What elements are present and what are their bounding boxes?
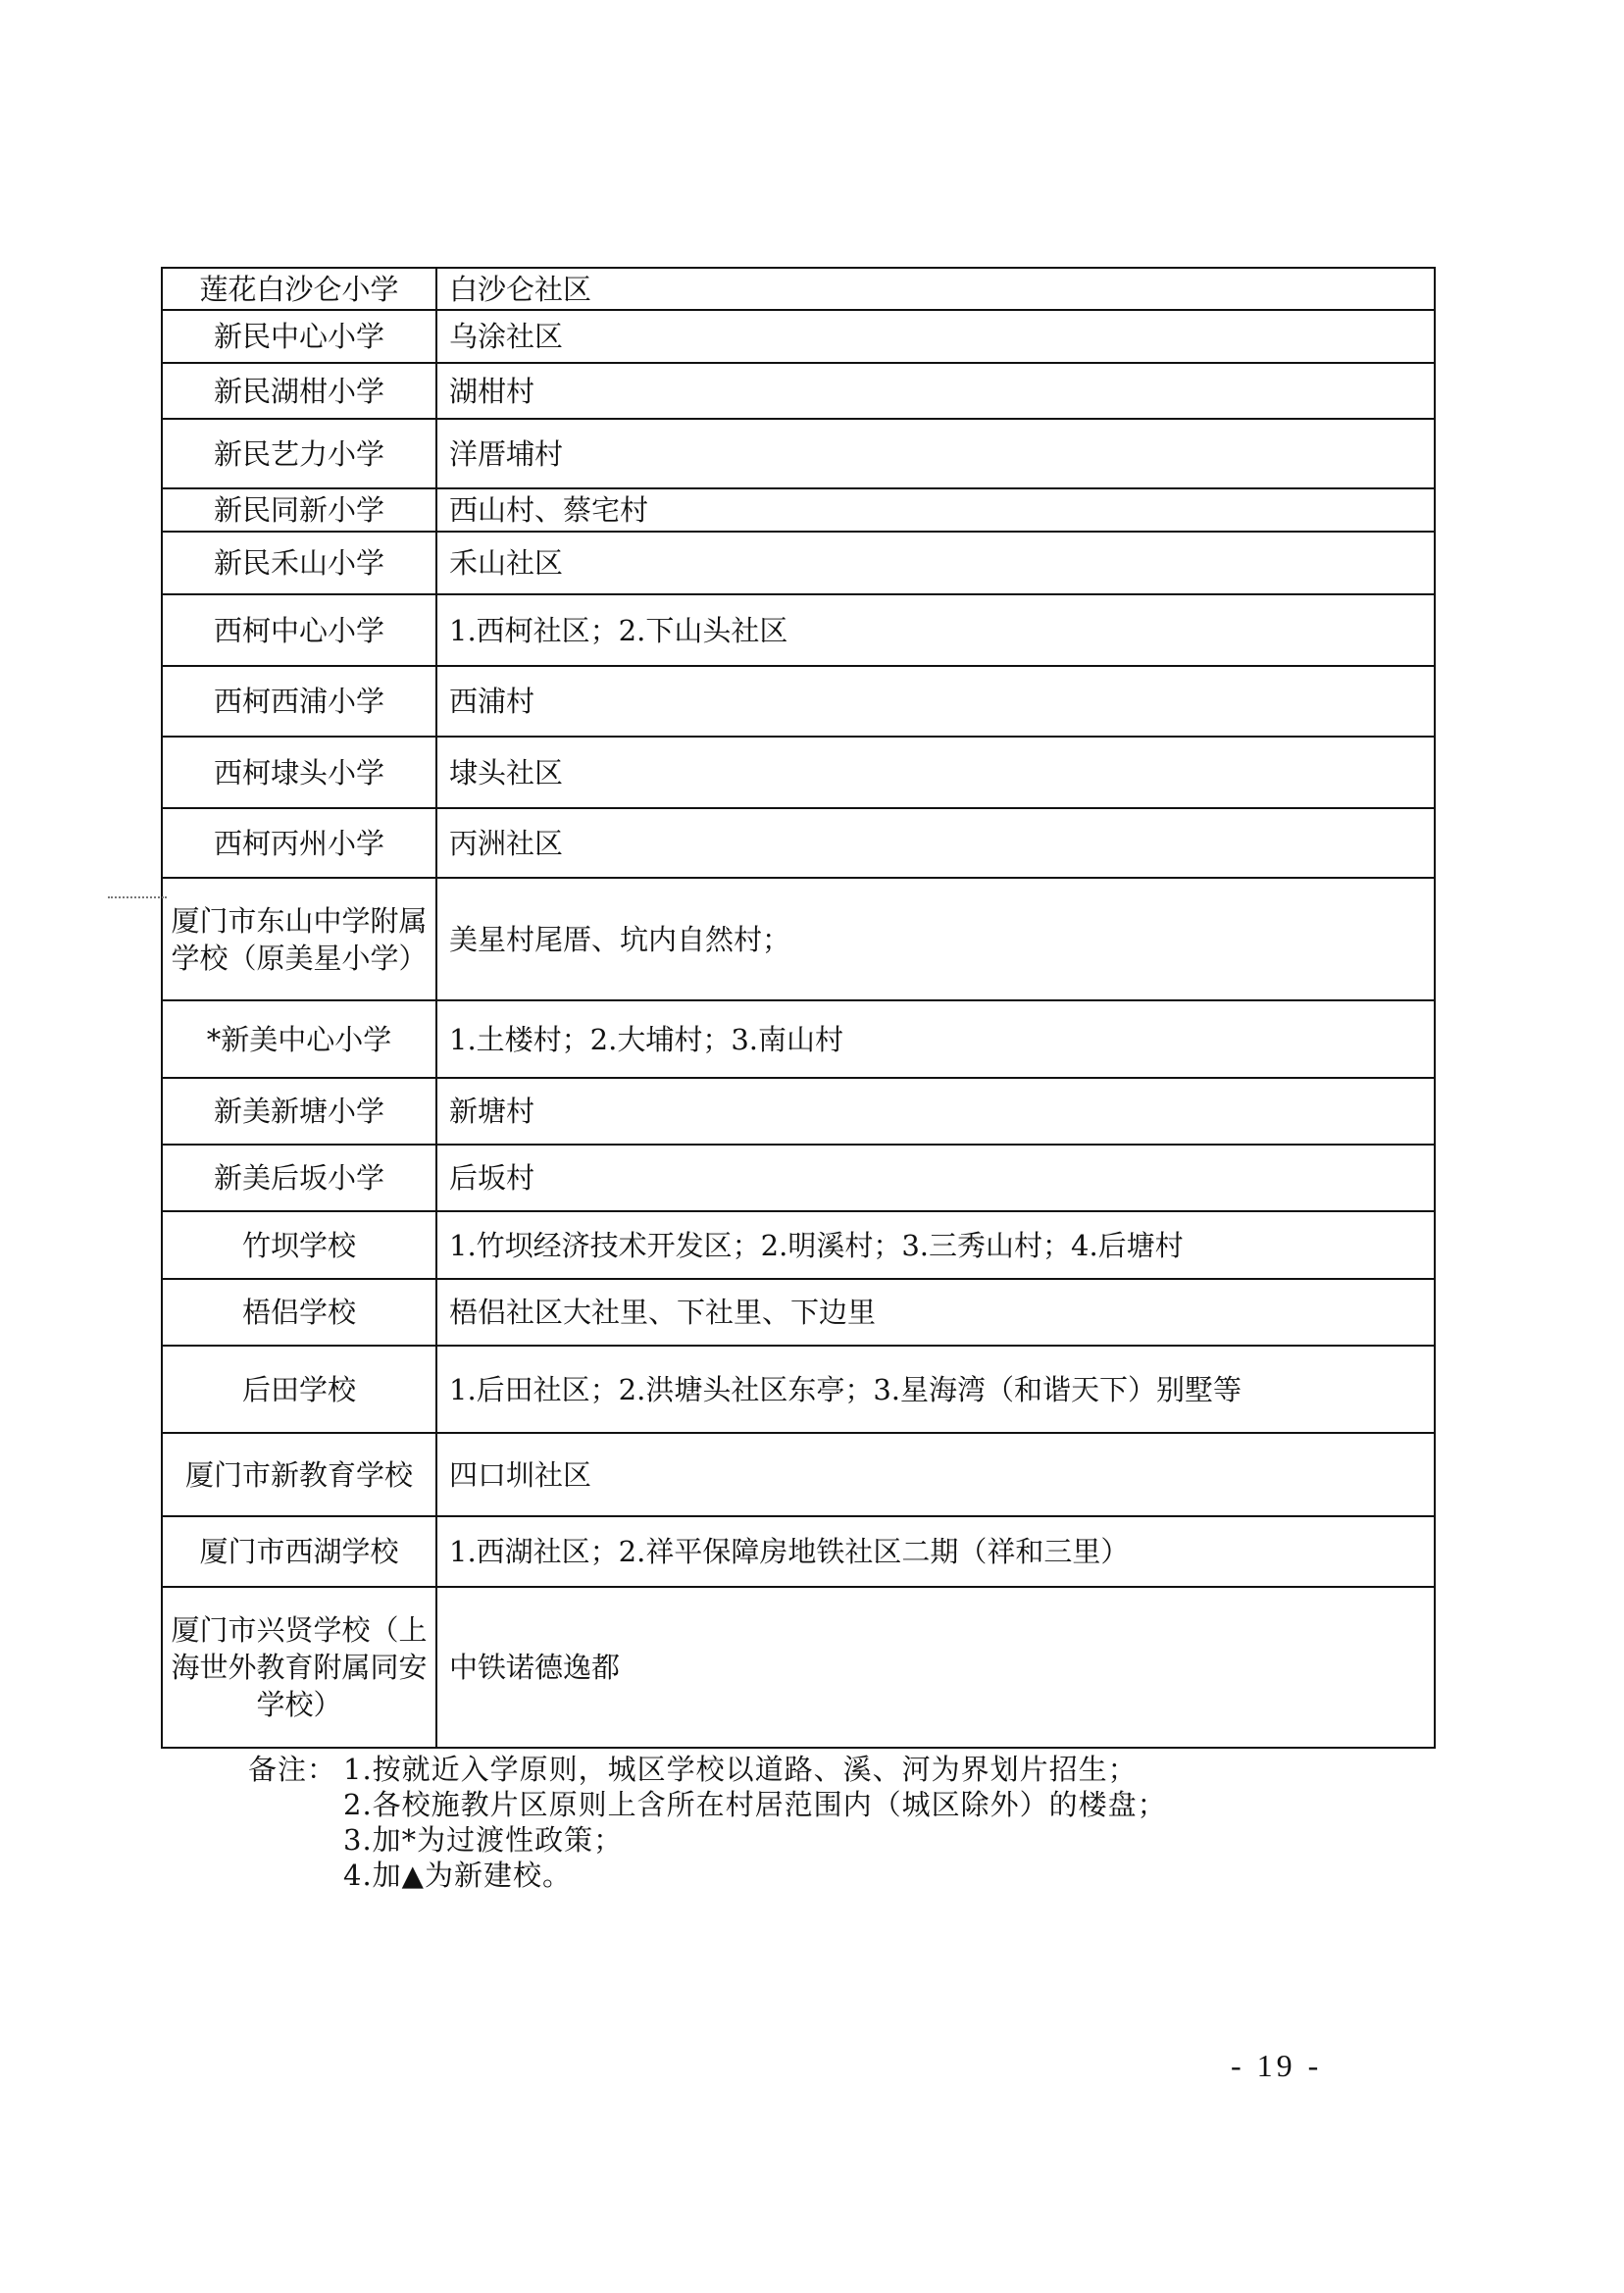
table-row: 新民禾山小学 禾山社区 xyxy=(163,531,1434,593)
school-name-cell: 厦门市兴贤学校（上海世外教育附属同安学校） xyxy=(163,1588,437,1747)
table-row: 厦门市东山中学附属学校（原美星小学） 美星村尾厝、坑内自然村； xyxy=(163,877,1434,999)
table-row: 西柯中心小学 1.西柯社区；2.下山头社区 xyxy=(163,593,1434,665)
school-name-cell: 新民中心小学 xyxy=(163,311,437,362)
district-area-cell: 西山村、蔡宅村 xyxy=(437,489,1434,531)
district-area-cell: 1.后田社区；2.洪塘头社区东亭；3.星海湾（和谐天下）别墅等 xyxy=(437,1347,1434,1432)
school-name-cell: 厦门市西湖学校 xyxy=(163,1517,437,1586)
table-row: 竹坝学校 1.竹坝经济技术开发区；2.明溪村；3.三秀山村；4.后塘村 xyxy=(163,1210,1434,1278)
table-row: 厦门市西湖学校 1.西湖社区；2.祥平保障房地铁社区二期（祥和三里） xyxy=(163,1515,1434,1586)
table-row: 后田学校 1.后田社区；2.洪塘头社区东亭；3.星海湾（和谐天下）别墅等 xyxy=(163,1345,1434,1432)
footnote-label: 备注： xyxy=(248,1752,343,1787)
school-name-cell: 莲花白沙仑小学 xyxy=(163,269,437,309)
footnote-line: 2.各校施教片区原则上含所在村居范围内（城区除外）的楼盘； xyxy=(248,1787,1167,1822)
district-area-cell: 白沙仑社区 xyxy=(437,269,1434,309)
district-area-cell: 新塘村 xyxy=(437,1079,1434,1144)
document-page: 莲花白沙仑小学 白沙仑社区 新民中心小学 乌涂社区 新民湖柑小学 湖柑村 新民艺… xyxy=(0,0,1624,2293)
table-row: 新民艺力小学 洋厝埔村 xyxy=(163,418,1434,487)
table-row: 新民同新小学 西山村、蔡宅村 xyxy=(163,487,1434,531)
school-name-cell: 新民湖柑小学 xyxy=(163,364,437,418)
district-area-cell: 美星村尾厝、坑内自然村； xyxy=(437,879,1434,999)
district-area-cell: 1.土楼村；2.大埔村；3.南山村 xyxy=(437,1001,1434,1077)
district-area-cell: 1.竹坝经济技术开发区；2.明溪村；3.三秀山村；4.后塘村 xyxy=(437,1212,1434,1278)
footnote-item: 3.加*为过渡性政策； xyxy=(343,1823,623,1857)
school-name-cell: 西柯埭头小学 xyxy=(163,738,437,807)
school-name-cell: 厦门市东山中学附属学校（原美星小学） xyxy=(163,879,437,999)
school-name-cell: 新民同新小学 xyxy=(163,489,437,531)
table-row: 厦门市兴贤学校（上海世外教育附属同安学校） 中铁诺德逸都 xyxy=(163,1586,1434,1747)
district-area-cell: 西浦村 xyxy=(437,667,1434,736)
district-area-cell: 中铁诺德逸都 xyxy=(437,1588,1434,1747)
table-row: 新民湖柑小学 湖柑村 xyxy=(163,362,1434,418)
footnote-item: 4.加▲为新建校。 xyxy=(343,1859,572,1892)
district-area-cell: 1.西湖社区；2.祥平保障房地铁社区二期（祥和三里） xyxy=(437,1517,1434,1586)
footnote-line: 3.加*为过渡性政策； xyxy=(248,1822,1167,1858)
footnotes: 备注：1.按就近入学原则，城区学校以道路、溪、河为界划片招生； 2.各校施教片区… xyxy=(248,1752,1167,1893)
school-name-cell: 西柯丙州小学 xyxy=(163,809,437,877)
table-row: 梧侣学校 梧侣社区大社里、下社里、下边里 xyxy=(163,1278,1434,1345)
district-area-cell: 湖柑村 xyxy=(437,364,1434,418)
table-row: 西柯埭头小学 埭头社区 xyxy=(163,736,1434,807)
footnote-line: 4.加▲为新建校。 xyxy=(248,1858,1167,1893)
school-name-cell: 新美后坂小学 xyxy=(163,1146,437,1210)
school-name-cell: 西柯西浦小学 xyxy=(163,667,437,736)
footnote-line: 备注：1.按就近入学原则，城区学校以道路、溪、河为界划片招生； xyxy=(248,1752,1167,1787)
school-name-cell: 后田学校 xyxy=(163,1347,437,1432)
table-row: *新美中心小学 1.土楼村；2.大埔村；3.南山村 xyxy=(163,999,1434,1077)
district-area-cell: 1.西柯社区；2.下山头社区 xyxy=(437,595,1434,665)
school-name-cell: 新民禾山小学 xyxy=(163,533,437,593)
footnote-item: 1.按就近入学原则，城区学校以道路、溪、河为界划片招生； xyxy=(343,1753,1138,1786)
school-name-cell: 梧侣学校 xyxy=(163,1280,437,1345)
school-name-cell: 竹坝学校 xyxy=(163,1212,437,1278)
district-area-cell: 禾山社区 xyxy=(437,533,1434,593)
school-name-cell: 西柯中心小学 xyxy=(163,595,437,665)
scan-artifact xyxy=(108,896,167,900)
table-row: 新民中心小学 乌涂社区 xyxy=(163,309,1434,362)
district-area-cell: 丙洲社区 xyxy=(437,809,1434,877)
district-area-cell: 四口圳社区 xyxy=(437,1434,1434,1515)
school-name-cell: 新民艺力小学 xyxy=(163,420,437,487)
table-row: 新美后坂小学 后坂村 xyxy=(163,1144,1434,1210)
school-name-cell: *新美中心小学 xyxy=(163,1001,437,1077)
table-row: 莲花白沙仑小学 白沙仑社区 xyxy=(163,269,1434,309)
footnote-item: 2.各校施教片区原则上含所在村居范围内（城区除外）的楼盘； xyxy=(343,1788,1167,1821)
page-number: - 19 - xyxy=(1231,2048,1322,2084)
district-area-cell: 洋厝埔村 xyxy=(437,420,1434,487)
district-area-cell: 后坂村 xyxy=(437,1146,1434,1210)
district-area-cell: 梧侣社区大社里、下社里、下边里 xyxy=(437,1280,1434,1345)
table-row: 新美新塘小学 新塘村 xyxy=(163,1077,1434,1144)
district-area-cell: 埭头社区 xyxy=(437,738,1434,807)
school-district-table: 莲花白沙仑小学 白沙仑社区 新民中心小学 乌涂社区 新民湖柑小学 湖柑村 新民艺… xyxy=(161,267,1436,1749)
school-name-cell: 新美新塘小学 xyxy=(163,1079,437,1144)
table-row: 西柯丙州小学 丙洲社区 xyxy=(163,807,1434,877)
school-name-cell: 厦门市新教育学校 xyxy=(163,1434,437,1515)
table-row: 西柯西浦小学 西浦村 xyxy=(163,665,1434,736)
district-area-cell: 乌涂社区 xyxy=(437,311,1434,362)
table-row: 厦门市新教育学校 四口圳社区 xyxy=(163,1432,1434,1515)
